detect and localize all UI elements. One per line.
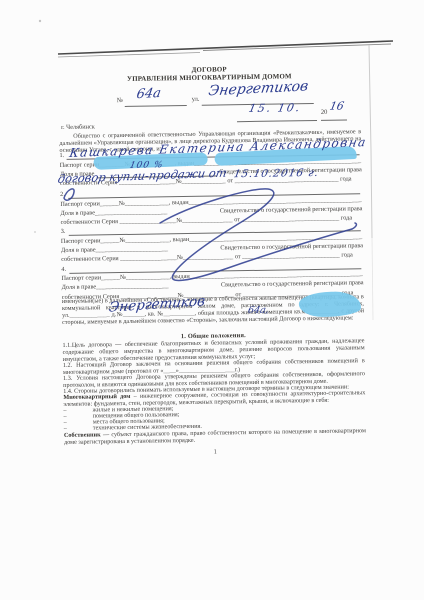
owner4-registration-text: Свидетельство о государственной регистра… bbox=[221, 279, 364, 289]
address-house-handwriting: 64а, bbox=[248, 305, 269, 316]
year-handwriting: 16 bbox=[330, 100, 344, 113]
street-label: ул. bbox=[192, 96, 200, 103]
owner2-share-blank: Доля в праве_______________________ bbox=[60, 208, 167, 218]
city-label: г. Челябинск bbox=[61, 123, 95, 131]
owner3-share-blank: Доля в праве_______________________ bbox=[61, 245, 168, 255]
owner1-contract-date-handwriting: 15.10.2016 г. bbox=[234, 167, 319, 180]
owner2-index: 2. bbox=[60, 191, 65, 200]
owner3-index: 3. bbox=[61, 228, 66, 237]
number-label: № bbox=[117, 97, 123, 104]
house-number-handwriting: 64а bbox=[136, 86, 161, 102]
owner4-index: 4. bbox=[61, 266, 66, 275]
apartment-redaction-marker bbox=[299, 291, 361, 317]
scanned-contract-photo: ДОГОВОР УПРАВЛЕНИЯ МНОГОКВАРТИРНЫМ ДОМОМ… bbox=[0, 0, 424, 600]
owner1-index: 1. bbox=[59, 152, 64, 159]
page-number: 1 bbox=[64, 446, 366, 458]
owner4-share-blank: Доля в праве_______________________ bbox=[62, 282, 169, 292]
contract-page: ДОГОВОР УПРАВЛЕНИЯ МНОГОКВАРТИРНЫМ ДОМОМ… bbox=[58, 53, 367, 478]
date-handwriting: 15. 10. bbox=[249, 101, 302, 115]
